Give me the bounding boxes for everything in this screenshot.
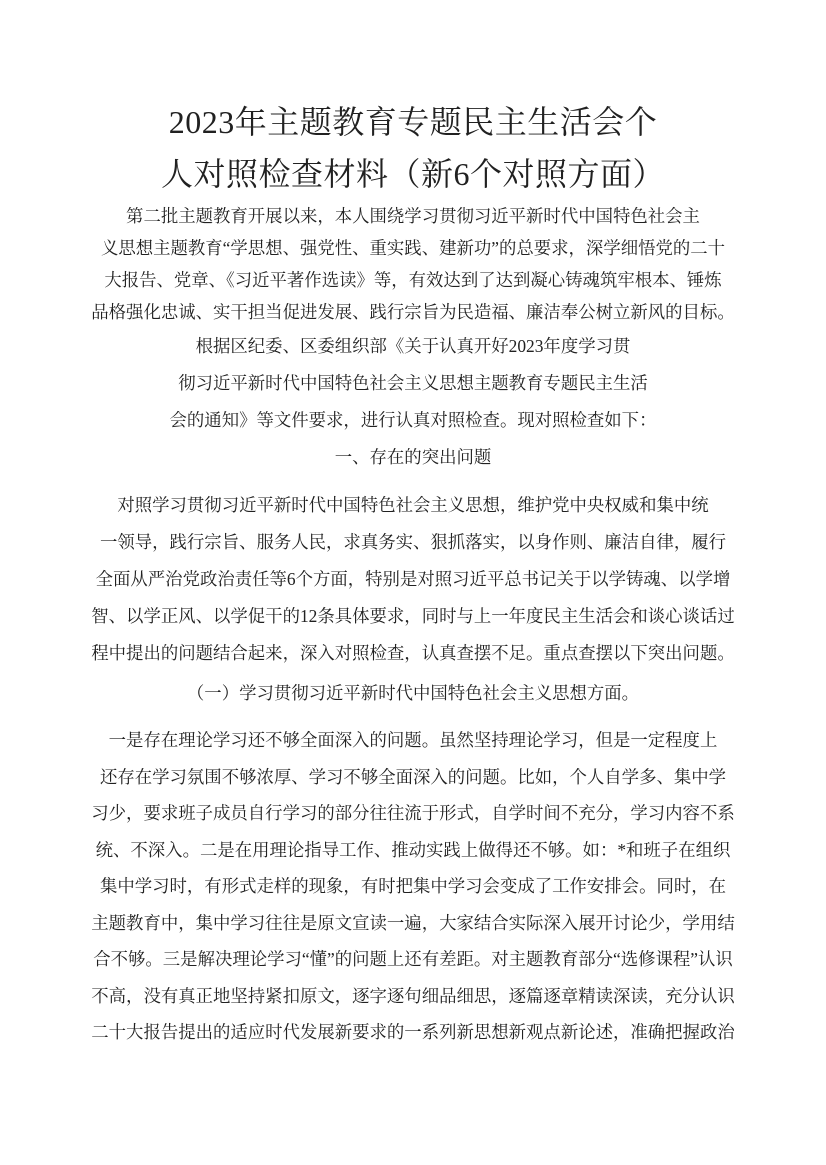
document-body: 第二批主题教育开展以来，本人围绕学习贯彻习近平新时代中国特色社会主义思想主题教育…	[0, 200, 826, 1051]
paragraph-intro-line: 义思想主题教育“学思想、强党性、重实践、建新功”的总要求，深学细悟党的二十	[0, 232, 826, 264]
paragraph-problems-line: 主题教育中，集中学习往往是原文宣读一遍，大家结合实际深入展开讨论少，学用结	[0, 905, 826, 942]
paragraph-overview-line: 一领导，践行宗旨、服务人民，求真务实、狠抓落实，以身作则、廉洁自律，履行	[0, 524, 826, 561]
paragraph-overview-line: 智、以学正风、以学促干的12条具体要求，同时与上一年度民主生活会和谈心谈话过	[0, 598, 826, 635]
paragraph-basis: 根据区纪委、区委组织部《关于认真开好2023年度学习贯彻习近平新时代中国特色社会…	[0, 328, 826, 439]
paragraph-intro: 第二批主题教育开展以来，本人围绕学习贯彻习近平新时代中国特色社会主义思想主题教育…	[0, 200, 826, 328]
paragraph-basis-line: 根据区纪委、区委组织部《关于认真开好2023年度学习贯	[0, 328, 826, 365]
subsection-heading-1: （一）学习贯彻习近平新时代中国特色社会主义思想方面。	[0, 675, 826, 712]
paragraph-problems-line: 集中学习时，有形式走样的现象，有时把集中学习会变成了工作安排会。同时，在	[0, 868, 826, 905]
paragraph-problems-line: 一是存在理论学习还不够全面深入的问题。虽然坚持理论学习，但是一定程度上	[0, 722, 826, 759]
paragraph-problems-line: 不高，没有真正地坚持紧扣原文，逐字逐句细品细思，逐篇逐章精读深读，充分认识	[0, 978, 826, 1015]
paragraph-problems-line: 统、不深入。二是在用理论指导工作、推动实践上做得还不够。如：*和班子在组织	[0, 832, 826, 869]
section-heading-1: 一、存在的突出问题	[0, 439, 826, 476]
paragraph-intro-line: 品格强化忠诚、实干担当促进发展、践行宗旨为民造福、廉洁奉公树立新风的目标。	[0, 296, 826, 328]
section-heading-1-line: 一、存在的突出问题	[0, 439, 826, 476]
paragraph-problems: 一是存在理论学习还不够全面深入的问题。虽然坚持理论学习，但是一定程度上还存在学习…	[0, 722, 826, 1051]
paragraph-problems-line: 二十大报告提出的适应时代发展新要求的一系列新思想新观点新论述，准确把握政治	[0, 1014, 826, 1051]
paragraph-overview-line: 对照学习贯彻习近平新时代中国特色社会主义思想，维护党中央权威和集中统	[0, 487, 826, 524]
paragraph-problems-line: 还存在学习氛围不够浓厚、学习不够全面深入的问题。比如，个人自学多、集中学	[0, 759, 826, 796]
document-page: 2023年主题教育专题民主生活会个 人对照检查材料（新6个对照方面） 第二批主题…	[0, 0, 826, 1165]
paragraph-basis-line: 彻习近平新时代中国特色社会主义思想主题教育专题民主生活	[0, 365, 826, 402]
paragraph-basis-line: 会的通知》等文件要求，进行认真对照检查。现对照检查如下：	[0, 402, 826, 439]
document-title: 2023年主题教育专题民主生活会个 人对照检查材料（新6个对照方面）	[0, 96, 826, 200]
paragraph-overview-line: 全面从严治党政治责任等6个方面，特别是对照习近平总书记关于以学铸魂、以学增	[0, 561, 826, 598]
paragraph-problems-line: 合不够。三是解决理论学习“懂”的问题上还有差距。对主题教育部分“选修课程”认识	[0, 941, 826, 978]
title-line-2: 人对照检查材料（新6个对照方面）	[0, 148, 826, 200]
paragraph-overview: 对照学习贯彻习近平新时代中国特色社会主义思想，维护党中央权威和集中统一领导，践行…	[0, 487, 826, 672]
title-line-1: 2023年主题教育专题民主生活会个	[0, 96, 826, 148]
paragraph-intro-line: 第二批主题教育开展以来，本人围绕学习贯彻习近平新时代中国特色社会主	[0, 200, 826, 232]
paragraph-overview-line: 程中提出的问题结合起来，深入对照检查，认真查摆不足。重点查摆以下突出问题。	[0, 635, 826, 672]
subsection-heading-1-line: （一）学习贯彻习近平新时代中国特色社会主义思想方面。	[0, 675, 826, 712]
paragraph-intro-line: 大报告、党章、《习近平著作选读》等，有效达到了达到凝心铸魂筑牢根本、锤炼	[0, 264, 826, 296]
paragraph-problems-line: 习少，要求班子成员自行学习的部分往往流于形式，自学时间不充分，学习内容不系	[0, 795, 826, 832]
